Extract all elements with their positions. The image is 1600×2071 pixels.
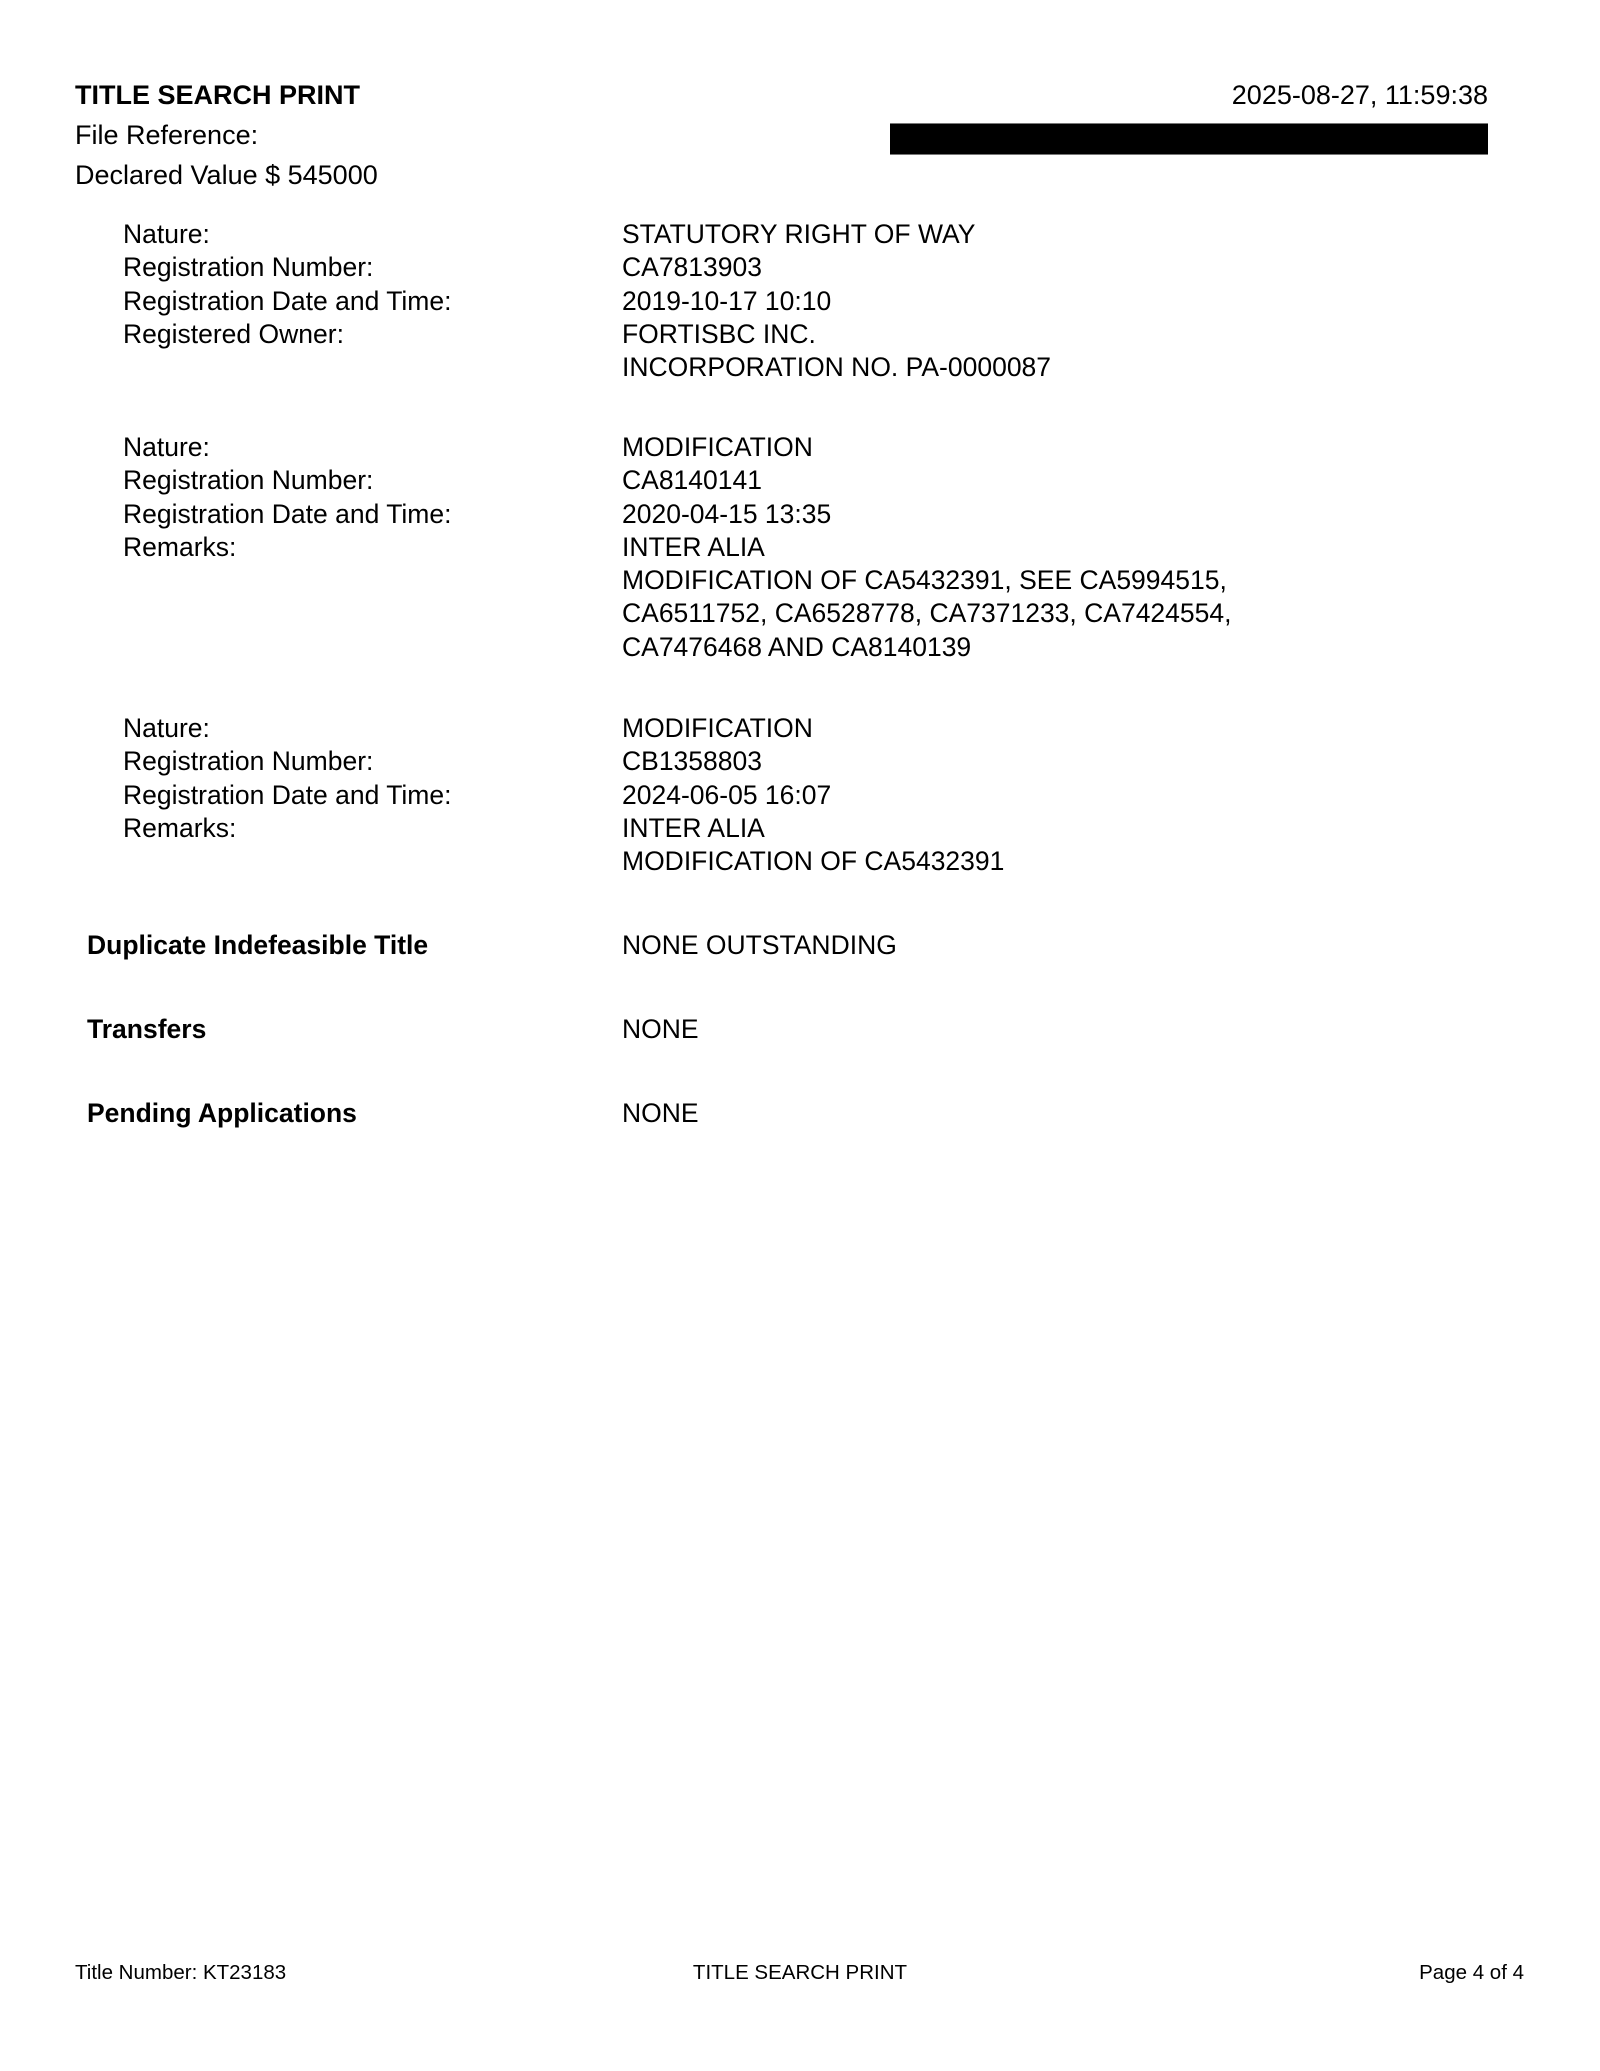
entry-row: Nature:MODIFICATION — [123, 712, 1523, 745]
field-label — [123, 631, 622, 664]
section-value: NONE — [622, 1097, 1487, 1130]
field-label: Registration Date and Time: — [123, 498, 622, 531]
field-value: INTER ALIA — [622, 812, 1523, 845]
section-value: NONE OUTSTANDING — [622, 929, 1487, 962]
field-label: Remarks: — [123, 531, 622, 564]
footer-document-title: TITLE SEARCH PRINT — [0, 1960, 1600, 1986]
entry-row: Registration Date and Time:2024-06-05 16… — [123, 779, 1523, 812]
field-value: 2020-04-15 13:35 — [622, 498, 1523, 531]
field-label: Remarks: — [123, 812, 622, 845]
field-label — [123, 845, 622, 878]
field-value: CA6511752, CA6528778, CA7371233, CA74245… — [622, 597, 1523, 630]
print-timestamp: 2025-08-27, 11:59:38 — [1232, 79, 1488, 111]
entry-row: Registration Number:CA7813903 — [123, 251, 1523, 284]
field-value: MODIFICATION — [622, 431, 1523, 464]
transfers-section: Transfers NONE — [87, 1013, 1487, 1046]
field-value: 2019-10-17 10:10 — [622, 285, 1523, 318]
field-value: INTER ALIA — [622, 531, 1523, 564]
declared-value: Declared Value $ 545000 — [75, 159, 378, 191]
field-value: CA8140141 — [622, 464, 1523, 497]
pending-applications-section: Pending Applications NONE — [87, 1097, 1487, 1130]
document-title: TITLE SEARCH PRINT — [75, 79, 360, 111]
duplicate-title-section: Duplicate Indefeasible Title NONE OUTSTA… — [87, 929, 1487, 962]
section-label: Pending Applications — [87, 1097, 622, 1130]
field-label: Registration Number: — [123, 745, 622, 778]
field-value: MODIFICATION OF CA5432391 — [622, 845, 1523, 878]
field-value: INCORPORATION NO. PA-0000087 — [622, 351, 1523, 384]
field-value: MODIFICATION — [622, 712, 1523, 745]
redacted-file-reference — [890, 123, 1488, 155]
charge-entry: Nature:MODIFICATION Registration Number:… — [123, 712, 1523, 878]
section-label: Duplicate Indefeasible Title — [87, 929, 622, 962]
field-value: FORTISBC INC. — [622, 318, 1523, 351]
field-label: Registration Date and Time: — [123, 285, 622, 318]
field-value: CA7813903 — [622, 251, 1523, 284]
field-label — [123, 351, 622, 384]
entry-row: Registration Number:CB1358803 — [123, 745, 1523, 778]
charge-entry: Nature:STATUTORY RIGHT OF WAY Registrati… — [123, 218, 1523, 384]
entry-row: CA7476468 AND CA8140139 — [123, 631, 1523, 664]
entry-row: Registered Owner:FORTISBC INC. — [123, 318, 1523, 351]
charge-entry: Nature:MODIFICATION Registration Number:… — [123, 431, 1523, 664]
field-label: Registered Owner: — [123, 318, 622, 351]
entry-row: Nature:MODIFICATION — [123, 431, 1523, 464]
field-label: Registration Number: — [123, 251, 622, 284]
field-label — [123, 597, 622, 630]
entry-row: CA6511752, CA6528778, CA7371233, CA74245… — [123, 597, 1523, 630]
field-value: 2024-06-05 16:07 — [622, 779, 1523, 812]
section-value: NONE — [622, 1013, 1487, 1046]
entry-row: Registration Date and Time:2019-10-17 10… — [123, 285, 1523, 318]
entry-row: Registration Date and Time:2020-04-15 13… — [123, 498, 1523, 531]
field-value: STATUTORY RIGHT OF WAY — [622, 218, 1523, 251]
field-label: Registration Date and Time: — [123, 779, 622, 812]
entry-row: Remarks:INTER ALIA — [123, 812, 1523, 845]
file-reference-label: File Reference: — [75, 119, 258, 151]
entry-row: Registration Number:CA8140141 — [123, 464, 1523, 497]
entry-row: Remarks:INTER ALIA — [123, 531, 1523, 564]
field-label: Nature: — [123, 218, 622, 251]
footer-page-number: Page 4 of 4 — [1419, 1960, 1524, 1986]
field-label — [123, 564, 622, 597]
entry-row: MODIFICATION OF CA5432391, SEE CA5994515… — [123, 564, 1523, 597]
field-value: MODIFICATION OF CA5432391, SEE CA5994515… — [622, 564, 1523, 597]
field-value: CA7476468 AND CA8140139 — [622, 631, 1523, 664]
field-label: Nature: — [123, 712, 622, 745]
entry-row: Nature:STATUTORY RIGHT OF WAY — [123, 218, 1523, 251]
field-label: Nature: — [123, 431, 622, 464]
entry-row: INCORPORATION NO. PA-0000087 — [123, 351, 1523, 384]
section-label: Transfers — [87, 1013, 622, 1046]
entry-row: MODIFICATION OF CA5432391 — [123, 845, 1523, 878]
field-label: Registration Number: — [123, 464, 622, 497]
field-value: CB1358803 — [622, 745, 1523, 778]
